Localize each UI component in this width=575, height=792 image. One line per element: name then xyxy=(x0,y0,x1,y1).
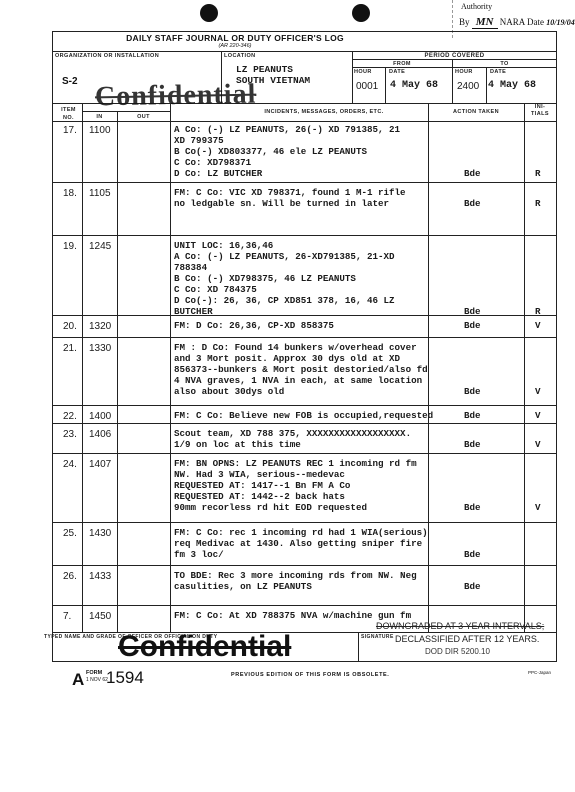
initials: R xyxy=(535,198,541,209)
item-number: 17. xyxy=(63,125,77,136)
incident-line: FM: D Co: 26,36, CP-XD 858375 xyxy=(174,320,334,331)
to-date-label: DATE xyxy=(490,69,506,75)
col-initials: INI- TIALS xyxy=(526,104,554,118)
item-number: 22. xyxy=(63,411,77,422)
authority-by: By MN NARA Date 10/19/04 xyxy=(459,16,575,28)
by-label: By xyxy=(459,17,470,27)
action-taken: Bde xyxy=(464,198,481,209)
row-divider xyxy=(52,315,557,316)
from-date: 4 May 68 xyxy=(390,80,438,91)
incident-line: FM: C Co: Believe new FOB is occupied,re… xyxy=(174,410,433,421)
incident-line: XD 799375 xyxy=(174,135,224,146)
time-in: 1320 xyxy=(89,321,111,332)
printer-mark: PPC-Japan xyxy=(528,670,551,675)
form-number: 1594 xyxy=(106,668,144,688)
incident-line: NW. Had 3 WIA, serious--medevac xyxy=(174,469,345,480)
punch-hole-left xyxy=(200,4,218,22)
time-in: 1330 xyxy=(89,343,111,354)
col-incidents: INCIDENTS, MESSAGES, ORDERS, ETC. xyxy=(220,109,428,115)
time-in: 1407 xyxy=(89,459,111,470)
col-in: IN xyxy=(82,114,117,120)
row-divider xyxy=(52,182,557,183)
incident-line: TO BDE: Rec 3 more incoming rds from NW.… xyxy=(174,570,417,581)
item-number: 21. xyxy=(63,343,77,354)
row-divider xyxy=(52,337,557,338)
incident-line: and 3 Mort posit. Approx 30 dys old at X… xyxy=(174,353,400,364)
incident-line: 4 NVA graves, 1 NVA in each, at same loc… xyxy=(174,375,422,386)
item-number: 24. xyxy=(63,459,77,470)
incident-line: 1/9 on loc at this time xyxy=(174,439,301,450)
incident-line: C Co: XD798371 xyxy=(174,157,251,168)
incident-line: 90mm recorless rd hit EOD requested xyxy=(174,502,367,513)
item-number: 18. xyxy=(63,188,77,199)
incident-line: C Co: XD 784375 xyxy=(174,284,257,295)
initials: V xyxy=(535,386,541,397)
incident-line: B Co(-) XD803377, 46 ele LZ PEANUTS xyxy=(174,146,367,157)
nara-label: NARA Date xyxy=(500,17,544,27)
org-label: ORGANIZATION OR INSTALLATION xyxy=(55,53,159,59)
item-number: 23. xyxy=(63,429,77,440)
action-taken: Bde xyxy=(464,386,481,397)
from-date-label: DATE xyxy=(389,69,405,75)
initials: V xyxy=(535,410,541,421)
nara-value: 10/19/04 xyxy=(546,18,574,27)
downgrade-stamp-1: DOWNGRADED AT 3 YEAR INTERVALS; xyxy=(376,621,544,631)
incident-line: no ledgable sn. Will be turned in later xyxy=(174,198,389,209)
from-hour: 0001 xyxy=(356,81,378,92)
form-date: 1 NOV 62 xyxy=(86,677,108,683)
incident-line: FM: C Co: rec 1 incoming rd had 1 WIA(se… xyxy=(174,527,428,538)
time-in: 1406 xyxy=(89,429,111,440)
incident-line: REQUESTED AT: 1417--1 Bn FM A Co xyxy=(174,480,350,491)
action-taken: Bde xyxy=(464,168,481,179)
incident-line: Scout team, XD 788 375, XXXXXXXXXXXXXXXX… xyxy=(174,428,411,439)
action-taken: Bde xyxy=(464,320,481,331)
incident-line: also about 30dys old xyxy=(174,386,284,397)
action-taken: Bde xyxy=(464,410,481,421)
row-divider xyxy=(52,522,557,523)
col-out: OUT xyxy=(117,114,170,120)
time-in: 1245 xyxy=(89,241,111,252)
initials: R xyxy=(535,168,541,179)
to-hour-label: HOUR xyxy=(455,69,473,75)
by-value: MN xyxy=(472,16,498,29)
item-number: 7. xyxy=(63,611,71,622)
action-taken: Bde xyxy=(464,502,481,513)
row-divider xyxy=(52,565,557,566)
form-prefix: A xyxy=(72,670,84,690)
to-date: 4 May 68 xyxy=(488,80,536,91)
initials: V xyxy=(535,320,541,331)
initials: V xyxy=(535,439,541,450)
incident-line: FM: BN OPNS: LZ PEANUTS REC 1 incoming r… xyxy=(174,458,417,469)
incident-line: req Medivac at 1430. Also getting sniper… xyxy=(174,538,422,549)
incident-line: casulities, on LZ PEANUTS xyxy=(174,581,312,592)
incident-line: A Co: (-) LZ PEANUTS, 26(-) XD 791385, 2… xyxy=(174,124,400,135)
incident-line: A Co: (-) LZ PEANUTS, 26-XD791385, 21-XD xyxy=(174,251,395,262)
action-taken: Bde xyxy=(464,439,481,450)
incident-line: REQUESTED AT: 1442--2 back hats xyxy=(174,491,345,502)
time-in: 1400 xyxy=(89,411,111,422)
form-label: FORM xyxy=(86,670,102,676)
time-in: 1105 xyxy=(89,188,111,199)
row-divider xyxy=(52,405,557,406)
incident-line: FM: C Co: VIC XD 798371, found 1 M-1 rif… xyxy=(174,187,406,198)
col-item-no: ITEM NO. xyxy=(55,106,82,122)
incident-line: FM: C Co: At XD 788375 NVA w/machine gun… xyxy=(174,610,411,621)
form-regulation: (AR 220-346) xyxy=(120,43,350,49)
incident-line: D Co(-): 26, 36, CP XD851 378, 16, 46 LZ xyxy=(174,295,395,306)
incident-line: B Co: (-) XD798375, 46 LZ PEANUTS xyxy=(174,273,356,284)
row-divider xyxy=(52,605,557,606)
time-in: 1450 xyxy=(89,611,111,622)
action-taken: Bde xyxy=(464,549,481,560)
row-divider xyxy=(52,235,557,236)
downgrade-stamp-2: DECLASSIFIED AFTER 12 YEARS. xyxy=(395,634,539,644)
incident-line: D Co: LZ BUTCHER xyxy=(174,168,262,179)
incident-line: UNIT LOC: 16,36,46 xyxy=(174,240,273,251)
downgrade-stamp-3: DOD DIR 5200.10 xyxy=(425,647,490,656)
authority-line: Authority xyxy=(461,2,492,11)
initials: V xyxy=(535,502,541,513)
time-in: 1430 xyxy=(89,528,111,539)
to-hour: 2400 xyxy=(457,81,479,92)
location-line-1: LZ PEANUTS xyxy=(236,64,293,75)
col-action: ACTION TAKEN xyxy=(428,109,524,115)
confidential-stamp-footer: Confidential xyxy=(118,630,291,664)
item-number: 26. xyxy=(63,571,77,582)
punch-hole-right xyxy=(352,4,370,22)
obsolete-note: PREVIOUS EDITION OF THIS FORM IS OBSOLET… xyxy=(231,672,389,678)
signature-label: SIGNATURE xyxy=(361,634,394,640)
action-taken: Bde xyxy=(464,581,481,592)
item-number: 25. xyxy=(63,528,77,539)
from-hour-label: HOUR xyxy=(354,69,372,75)
time-in: 1433 xyxy=(89,571,111,582)
item-number: 19. xyxy=(63,241,77,252)
location-label: LOCATION xyxy=(224,53,256,59)
incident-line: fm 3 loc/ xyxy=(174,549,224,560)
org-value: S-2 xyxy=(62,76,78,87)
item-number: 20. xyxy=(63,321,77,332)
incident-line: FM : D Co: Found 14 bunkers w/overhead c… xyxy=(174,342,417,353)
incident-line: 856373--bunkers & Mort posit destoried/a… xyxy=(174,364,428,375)
time-in: 1100 xyxy=(89,125,111,136)
row-divider xyxy=(52,423,557,424)
row-divider xyxy=(52,453,557,454)
incident-line: 788384 xyxy=(174,262,207,273)
form-title: DAILY STAFF JOURNAL OR DUTY OFFICER'S LO… xyxy=(120,33,350,43)
